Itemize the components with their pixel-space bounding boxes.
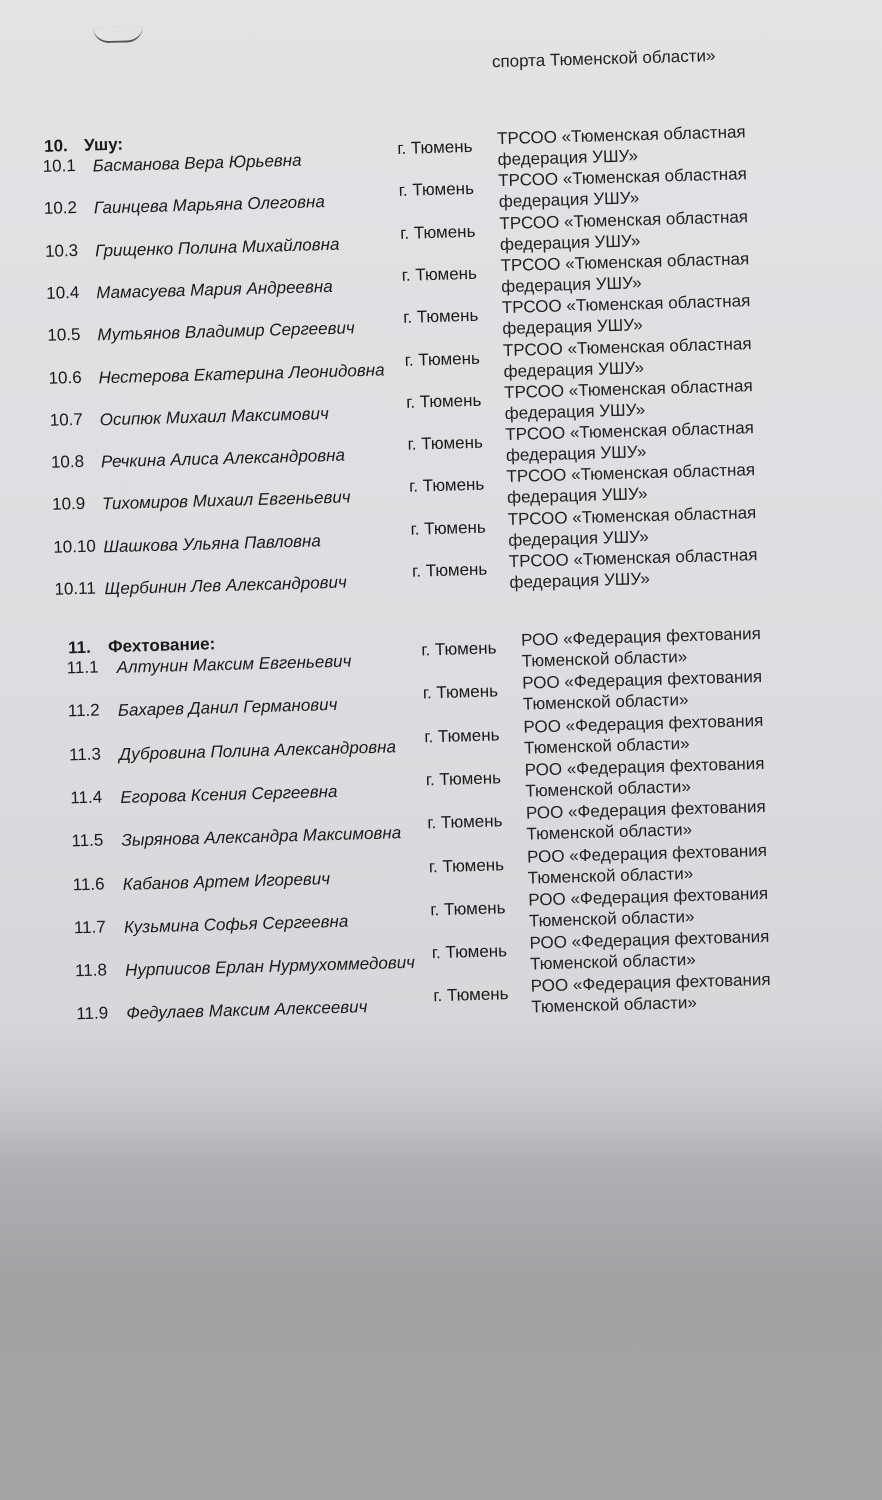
document-page: спорта Тюменской области» 10.Ушу:10.1Бас… [0, 0, 882, 1499]
entry-index: 10.1 [42, 155, 93, 176]
header-fragment: спорта Тюменской области» [492, 46, 716, 72]
participant-city: г. Тюмень [400, 221, 476, 243]
participant-organization: РОО «Федерация фехтованияТюменской облас… [527, 839, 768, 888]
participant-city: г. Тюмень [432, 941, 508, 963]
participant-organization: ТРСОО «Тюменская областнаяфедерация УШУ» [499, 206, 749, 255]
section-name: Фехтование: [108, 634, 216, 656]
participant-city: г. Тюмень [407, 433, 483, 455]
entry-index: 10.4 [46, 282, 97, 303]
participant-organization: РОО «Федерация фехтованияТюменской облас… [526, 796, 767, 845]
participant-organization: РОО «Федерация фехтованияТюменской облас… [523, 710, 764, 759]
participant-city: г. Тюмень [401, 264, 477, 286]
participant-organization: ТРСОО «Тюменская областнаяфедерация УШУ» [500, 248, 750, 297]
participant-city: г. Тюмень [404, 348, 480, 370]
entry-index: 11.2 [68, 700, 119, 721]
participant-organization: ТРСОО «Тюменская областнаяфедерация УШУ» [507, 502, 757, 551]
entry-index: 10.11 [54, 578, 105, 599]
entry-index: 10.5 [47, 325, 98, 346]
participant-city: г. Тюмень [409, 475, 485, 497]
participant-organization: РОО «Федерация фехтованияТюменской облас… [521, 623, 762, 672]
participant-city: г. Тюмень [421, 638, 497, 660]
entry-index: 11.9 [76, 1003, 127, 1024]
entry-index: 10.10 [53, 536, 104, 557]
participant-city: г. Тюмень [406, 391, 482, 413]
participant-city: г. Тюмень [424, 725, 500, 747]
entry-index: 10.2 [44, 198, 95, 219]
participant-city: г. Тюмень [433, 985, 509, 1007]
entry-index: 10.8 [51, 451, 102, 472]
section-name: Ушу: [84, 135, 124, 155]
participant-city: г. Тюмень [430, 898, 506, 920]
participant-city: г. Тюмень [429, 855, 505, 877]
participant-organization: РОО «Федерация фехтованияТюменской облас… [530, 969, 771, 1018]
entry-index: 10.7 [49, 409, 100, 430]
section-number: 11. [68, 637, 109, 658]
participant-city: г. Тюмень [397, 137, 473, 159]
section-title: 10.Ушу: [44, 135, 124, 157]
participant-city: г. Тюмень [426, 768, 502, 790]
participant-organization: РОО «Федерация фехтованияТюменской облас… [522, 666, 763, 715]
entry-index: 10.6 [48, 367, 99, 388]
participant-name: Басманова Вера Юрьевна [92, 147, 392, 177]
participant-organization: РОО «Федерация фехтованияТюменской облас… [529, 926, 770, 975]
section-number: 10. [44, 136, 85, 157]
participant-city: г. Тюмень [403, 306, 479, 328]
entry-index: 11.6 [72, 873, 123, 894]
entry-index: 10.9 [52, 494, 103, 515]
participant-organization: ТРСОО «Тюменская областнаяфедерация УШУ» [509, 544, 759, 593]
entry-index: 11.5 [71, 830, 122, 851]
participant-organization: ТРСОО «Тюменская областнаяфедерация УШУ» [506, 459, 756, 508]
participant-organization: ТРСОО «Тюменская областнаяфедерация УШУ» [497, 121, 747, 170]
participant-city: г. Тюмень [410, 517, 486, 539]
entry-index: 11.1 [66, 657, 117, 678]
participant-organization: РОО «Федерация фехтованияТюменской облас… [528, 883, 769, 932]
participant-city: г. Тюмень [399, 179, 475, 201]
participant-organization: ТРСОО «Тюменская областнаяфедерация УШУ» [505, 417, 755, 466]
participant-organization: ТРСОО «Тюменская областнаяфедерация УШУ» [503, 333, 753, 382]
participant-organization: РОО «Федерация фехтованияТюменской облас… [524, 753, 765, 802]
participant-city: г. Тюмень [423, 682, 499, 704]
participant-organization: ТРСОО «Тюменская областнаяфедерация УШУ» [498, 164, 748, 213]
participant-city: г. Тюмень [412, 560, 488, 582]
entry-index: 11.7 [74, 917, 125, 938]
entry-index: 10.3 [45, 240, 96, 261]
participant-organization: ТРСОО «Тюменская областнаяфедерация УШУ» [501, 290, 751, 339]
participant-organization: ТРСОО «Тюменская областнаяфедерация УШУ» [504, 375, 754, 424]
participant-city: г. Тюмень [427, 811, 503, 833]
entry-index: 11.4 [70, 787, 121, 808]
entry-index: 11.3 [69, 744, 120, 765]
pen-mark [93, 26, 143, 43]
entry-index: 11.8 [75, 960, 126, 981]
